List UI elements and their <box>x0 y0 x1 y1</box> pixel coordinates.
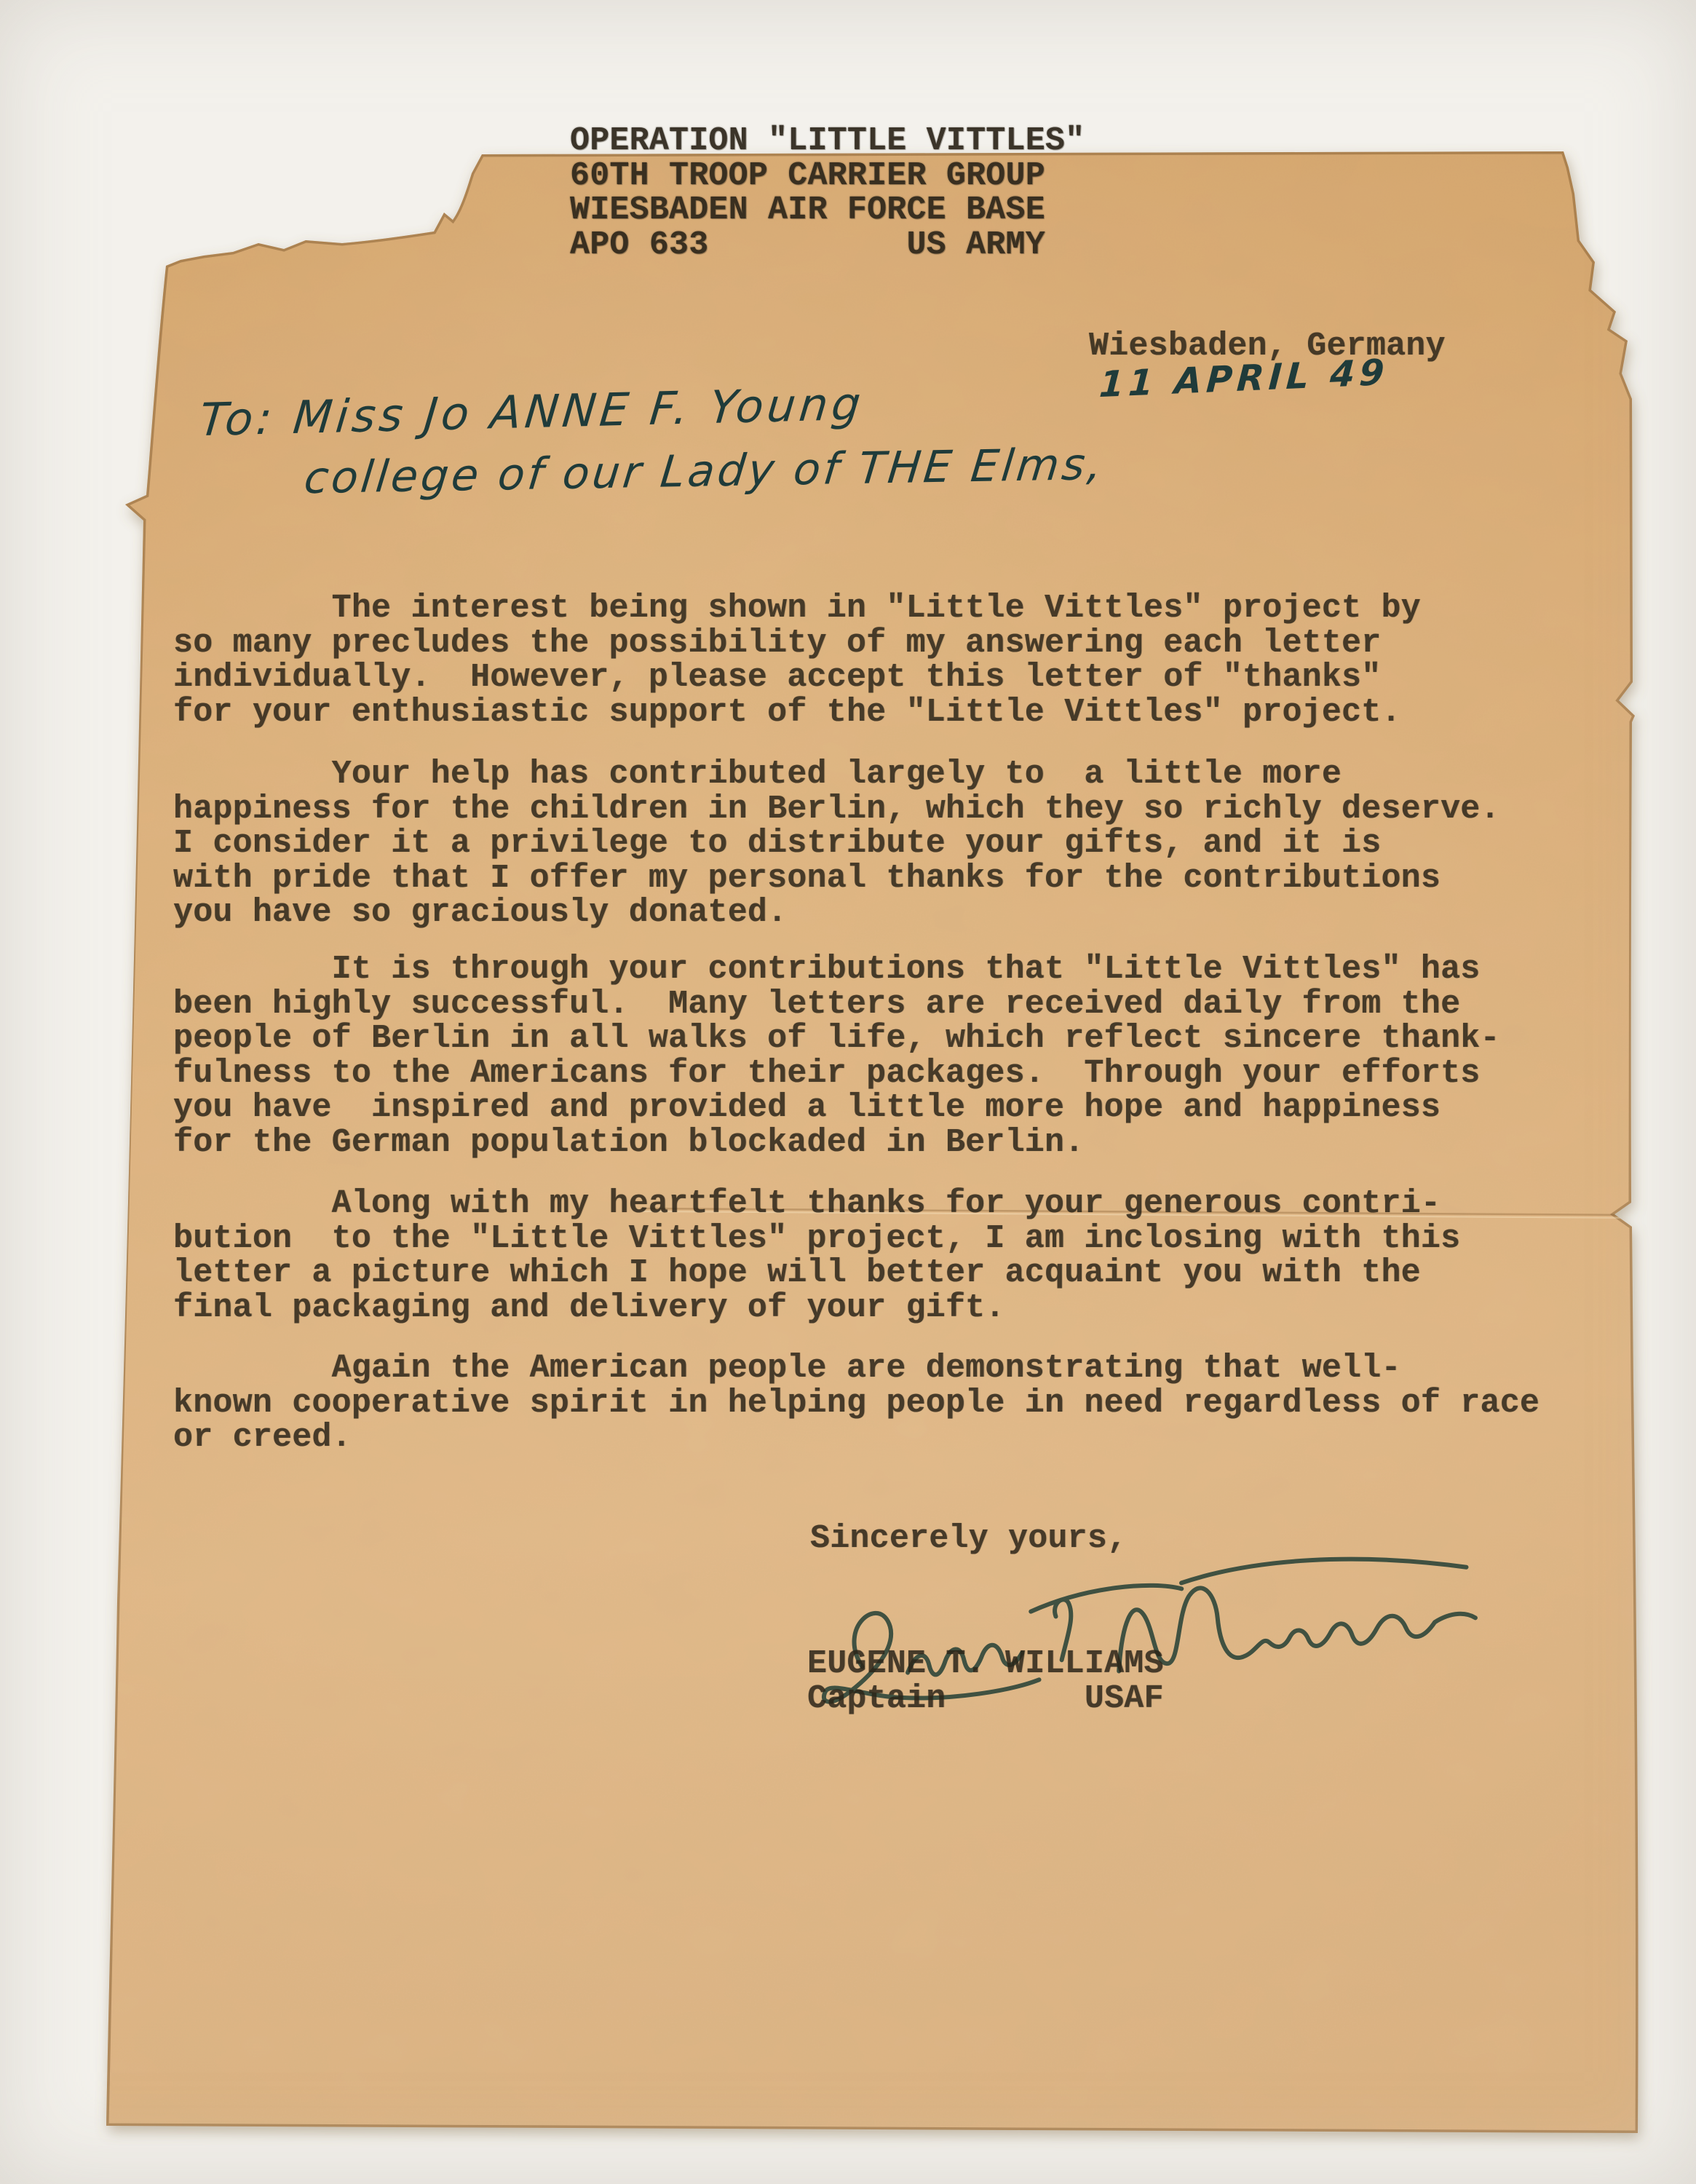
paragraph-3: It is through your contributions that "L… <box>173 952 1500 1160</box>
handwritten-signature <box>772 1502 1507 1768</box>
paragraph-4: Along with my heartfelt thanks for your … <box>173 1187 1460 1325</box>
paragraph-2: Your help has contributed largely to a l… <box>173 757 1500 930</box>
signature-typed-block: EUGENE T. WILLIAMS Captain USAF <box>807 1647 1164 1716</box>
letterhead: OPERATION "LITTLE VITTLES" 60TH TROOP CA… <box>570 124 1085 262</box>
scanned-letter-page: { "document_type": "scanned typewritten … <box>0 0 1696 2184</box>
paragraph-1: The interest being shown in "Little Vitt… <box>173 591 1421 729</box>
paragraph-5: Again the American people are demonstrat… <box>173 1351 1540 1455</box>
